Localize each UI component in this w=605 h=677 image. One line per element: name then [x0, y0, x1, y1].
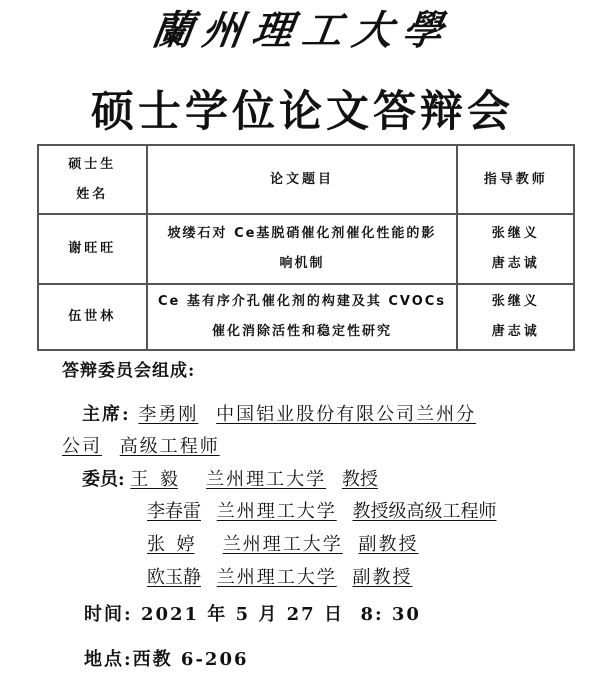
member-title: 副教授 — [352, 567, 412, 588]
place-label: 地点: — [84, 649, 133, 670]
chair-name: 李勇刚 — [138, 404, 198, 425]
thesis-title: Ce 基有序介孔催化剂的构建及其 CVOCs 催化消除活性和稳定性研究 — [147, 284, 458, 350]
member-affiliation: 兰州理工大学 — [217, 567, 337, 588]
student-name: 伍世林 — [38, 284, 147, 350]
time-value: 2021 年 5 月 27 日 8: 30 — [141, 604, 421, 625]
member-name: 欧玉静 — [147, 567, 201, 588]
chair-line-cont: 公司 高级工程师 — [62, 432, 220, 458]
table-row: 谢旺旺 坡缕石对 Ce基脱硝催化剂催化性能的影 响机制 张继义 唐志诚 — [38, 214, 574, 284]
chair-label: 主席: — [82, 404, 131, 425]
member-line: 李春雷 兰州理工大学 教授级高级工程师 — [147, 497, 496, 523]
place-line: 地点:西教 6-206 — [84, 645, 249, 671]
university-logo-calligraphy: 蘭州理工大學 — [0, 6, 605, 56]
members-label: 委员: — [82, 469, 125, 490]
header-thesis-title: 论文题目 — [147, 145, 458, 214]
chair-title: 高级工程师 — [120, 436, 220, 457]
member-affiliation: 兰州理工大学 — [217, 501, 337, 522]
committee-heading: 答辩委员会组成: — [62, 356, 195, 381]
page-title: 硕士学位论文答辩会 — [0, 86, 605, 138]
defense-table: 硕士生 姓名 论文题目 指导教师 谢旺旺 坡缕石对 Ce基脱硝催化剂催化性能的影… — [37, 144, 575, 351]
member-name: 张 婷 — [147, 530, 207, 556]
member-affiliation: 兰州理工大学 — [206, 469, 326, 490]
advisors: 张继义 唐志诚 — [457, 214, 574, 284]
advisors: 张继义 唐志诚 — [457, 284, 574, 350]
member-title: 副教授 — [358, 534, 418, 555]
thesis-title: 坡缕石对 Ce基脱硝催化剂催化性能的影 响机制 — [147, 214, 458, 284]
member-affiliation: 兰州理工大学 — [223, 534, 343, 555]
member-line: 欧玉静 兰州理工大学 副教授 — [147, 563, 412, 589]
header-student-name: 硕士生 姓名 — [38, 145, 147, 214]
table-row: 伍世林 Ce 基有序介孔催化剂的构建及其 CVOCs 催化消除活性和稳定性研究 … — [38, 284, 574, 350]
time-label: 时间: — [84, 604, 133, 625]
table-header-row: 硕士生 姓名 论文题目 指导教师 — [38, 145, 574, 214]
chair-affiliation: 中国铝业股份有限公司兰州分 — [216, 404, 476, 425]
member-line: 委员: 王 毅 兰州理工大学 教授 — [82, 465, 378, 491]
member-title: 教授级高级工程师 — [352, 501, 496, 522]
chair-affiliation-cont: 公司 — [62, 436, 102, 457]
member-name: 王 毅 — [130, 465, 190, 491]
student-name: 谢旺旺 — [38, 214, 147, 284]
member-name: 李春雷 — [147, 501, 201, 522]
member-title: 教授 — [342, 469, 378, 490]
chair-line: 主席: 李勇刚 中国铝业股份有限公司兰州分 — [82, 400, 476, 426]
member-line: 张 婷 兰州理工大学 副教授 — [147, 530, 418, 556]
header-advisor: 指导教师 — [457, 145, 574, 214]
place-value: 西教 6-206 — [133, 649, 249, 670]
time-line: 时间: 2021 年 5 月 27 日 8: 30 — [84, 600, 421, 626]
